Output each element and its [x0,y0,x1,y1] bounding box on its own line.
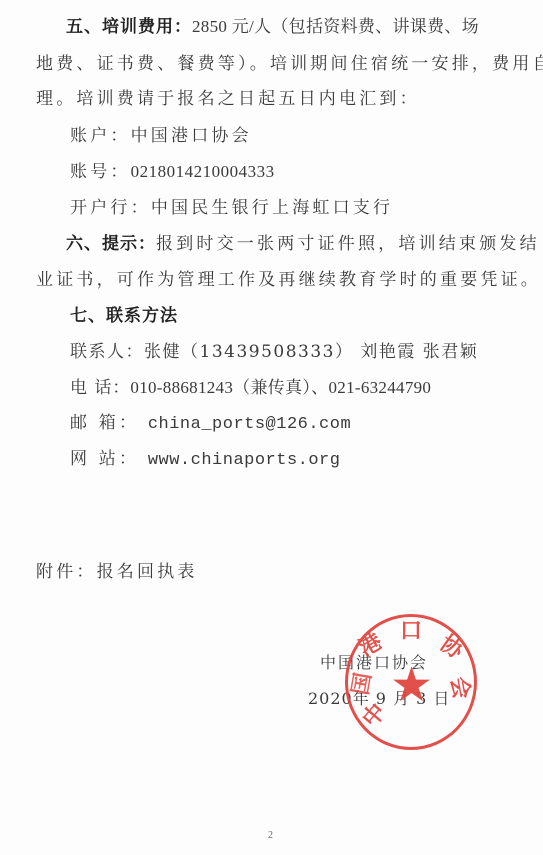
account-number: 账号：0218014210004333 [70,162,275,182]
official-seal: 中 国 港 口 协 会 ★ [345,614,477,750]
star-icon: ★ [390,661,433,709]
section7-heading: 七、联系方法 [70,306,178,326]
attachment-note: 附件：报名回执表 [36,562,198,582]
seal-char: 国 [350,671,375,697]
contact-person: 联系人：张健（13439508333） 刘艳霞 张君颖 [70,342,478,362]
page-number: 2 [268,830,273,841]
seal-char: 口 [400,621,422,643]
phone: 电 话：010-88681243（兼传真）、021-63244790 [70,378,431,398]
section5-line1: 五、培训费用：2850 元/人（包括资料费、讲课费、场 [66,17,479,37]
seal-char: 中 [360,700,391,731]
section5-heading: 五、培训费用： [66,17,192,37]
bank-name: 开户行：中国民生银行上海虹口支行 [70,198,393,218]
seal-char: 港 [356,631,386,661]
seal-char: 协 [436,633,467,664]
section6-line1: 六、提示：报到时交一张两寸证件照，培训结束颁发结 [66,234,540,254]
website-link[interactable]: www.chinaports.org [148,451,341,470]
section6-line2: 业证书，可作为管理工作及再继续教育学时的重要凭证。 [36,270,541,290]
seal-char: 会 [446,675,471,701]
website: 网 站： www.chinaports.org [70,449,340,471]
email-link[interactable]: china_ports@126.com [148,415,351,434]
email: 邮 箱： china_ports@126.com [70,413,351,435]
account-name: 账户：中国港口协会 [70,126,252,146]
section5-line2: 地费、证书费、餐费等）。培训期间住宿统一安排，费用自 [36,54,543,74]
section5-line3: 理。培训费请于报名之日起五日内电汇到： [36,89,420,109]
section6-heading: 六、提示： [66,234,156,254]
